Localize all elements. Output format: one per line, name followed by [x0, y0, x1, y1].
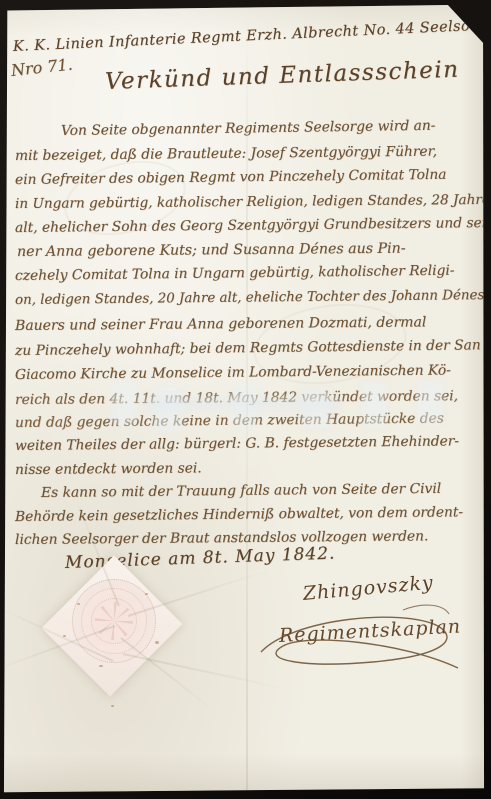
body-line: czehely Comitat Tolna in Ungarn gebürtig…: [15, 263, 455, 284]
body-line: weiten Theiles der allg: bürgerl: G. B. …: [15, 433, 459, 454]
body-line: lichen Seelsorger der Braut anstandslos …: [15, 528, 428, 548]
document-number: Nro 71.: [10, 55, 73, 80]
center-fold-crease: [246, 13, 248, 793]
seal-eagle-emblem: [95, 602, 133, 640]
body-line: Giacomo Kirche zu Monselice im Lombard-V…: [15, 362, 451, 383]
seal-speck: [99, 665, 103, 667]
paper-crease: [120, 637, 216, 712]
seal-speck: [77, 603, 80, 605]
document-title: Verkünd und Entlassschein: [105, 57, 460, 95]
body-line: nisse entdeckt worden sei.: [15, 460, 202, 478]
body-line: und daß gegen solche keine in dem zweite…: [15, 411, 444, 431]
seal-speck: [155, 641, 159, 644]
body-line: Von Seite obgenannter Regiments Seelsorg…: [61, 118, 436, 139]
header-regiment-line: K. K. Linien Infanterie Regmt Erzh. Albr…: [13, 17, 491, 55]
document-scan: K. K. Linien Infanterie Regmt Erzh. Albr…: [0, 0, 491, 799]
letter-paper: K. K. Linien Infanterie Regmt Erzh. Albr…: [3, 5, 485, 793]
body-line: reich als den 4t. 11t. und 18t. May 1842…: [15, 388, 458, 408]
seal-speck: [111, 705, 114, 707]
body-line: ein Gefreiter des obigen Regmt von Pincz…: [15, 167, 447, 188]
body-line: in Ungarn gebürtig, katholischer Religio…: [15, 192, 490, 212]
body-line: Es kann so mit der Trauung falls auch vo…: [41, 481, 441, 501]
seal-speck: [145, 593, 148, 595]
body-line: mit bezeiget, daß die Brautleute: Josef …: [15, 144, 437, 164]
body-line: ner Anna geborene Kuts; und Susanna Déne…: [17, 241, 406, 260]
body-line: on, ledigen Standes, 20 Jahre alt, eheli…: [15, 288, 484, 308]
